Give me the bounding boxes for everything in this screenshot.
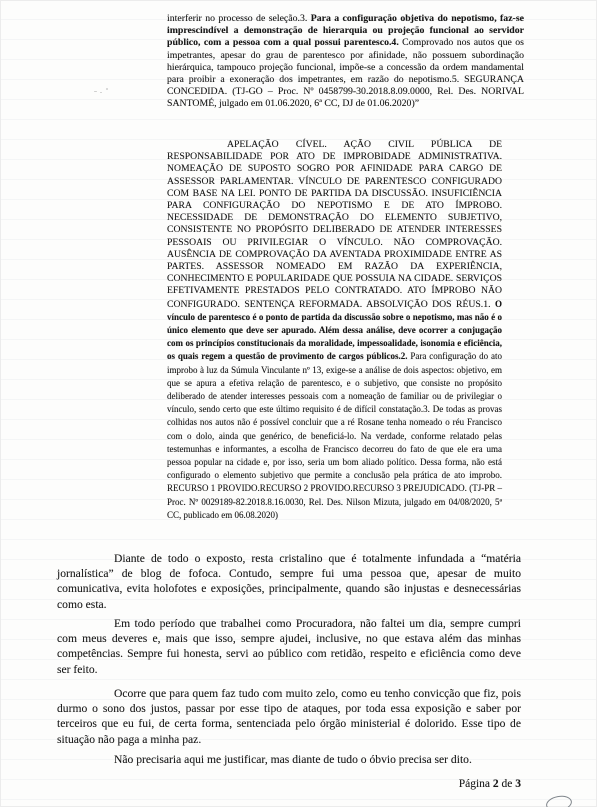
scan-speck <box>100 92 102 93</box>
citation-tjpr-headnote: APELAÇÃO CÍVEL. AÇÃO CIVIL PÚBLICA DE RE… <box>167 139 502 310</box>
total-pages: 3 <box>515 778 521 790</box>
page-footer: Página 2 de 3 <box>57 778 521 790</box>
scan-speck <box>94 91 97 92</box>
citation-tjpr: APELAÇÃO CÍVEL. AÇÃO CIVIL PÚBLICA DE RE… <box>167 139 502 522</box>
citation-tjpr-rest: Para configuração do ato improbo à luz d… <box>167 351 502 519</box>
corner-scribble-mark <box>545 794 573 807</box>
page-footer-separator: de <box>499 778 516 790</box>
citation-tjgo: interferir no processo de seleção.3. Par… <box>167 13 524 111</box>
scan-speck <box>106 88 108 90</box>
paragraph-lament: Ocorre que para quem faz tudo com muito … <box>57 686 521 747</box>
paragraph-conclusion: Diante de todo o exposto, resta cristali… <box>57 551 521 612</box>
paragraph-career: Em todo período que trabalhei como Procu… <box>57 616 521 677</box>
paragraph-closing: Não precisaria aqui me justificar, mas d… <box>57 752 521 767</box>
document-page: interferir no processo de seleção.3. Par… <box>0 0 597 807</box>
citation-tjgo-lead: interferir no processo de seleção.3. <box>167 13 311 24</box>
page-footer-prefix: Página <box>459 778 493 790</box>
